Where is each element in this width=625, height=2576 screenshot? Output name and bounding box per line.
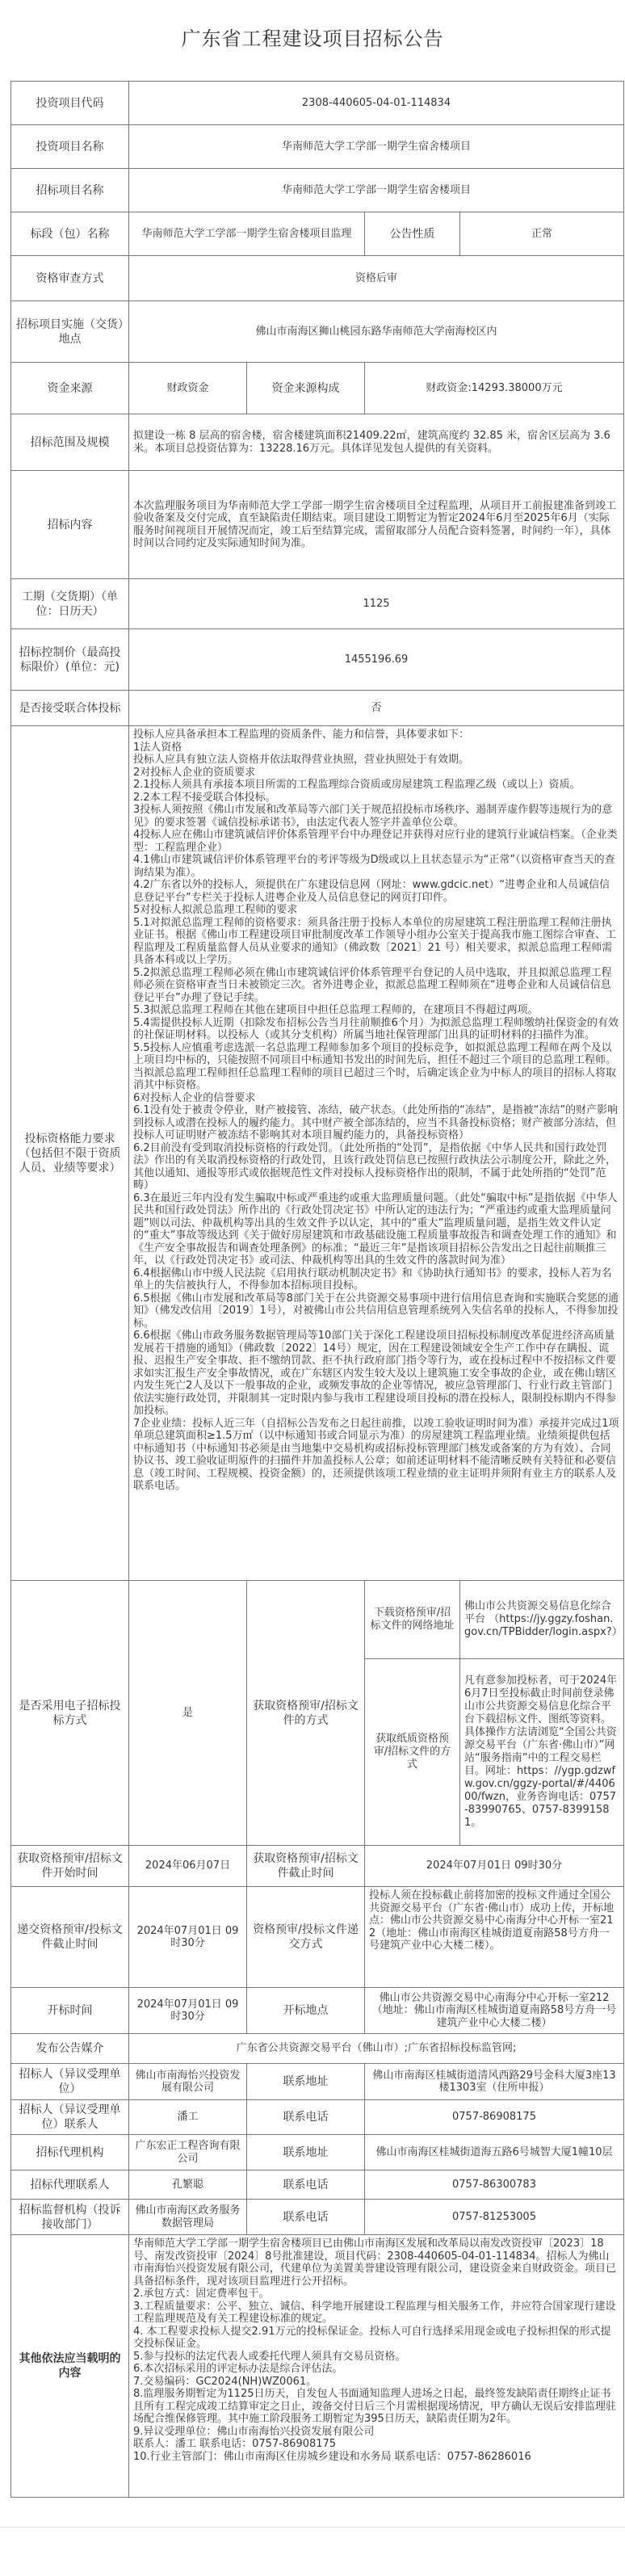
value-paper-method: 凡有意参加投标者，可于2024年6月7日至投标截止时间前登录佛山市公共资源交易信…	[460, 1659, 624, 1846]
value-consortium: 否	[129, 691, 624, 726]
value-duration: 1125	[129, 579, 624, 629]
row-funding: 资金来源 财政资金 资金来源构成 财政资金:14293.38000万元	[11, 363, 624, 414]
value-electronic: 是	[129, 1581, 247, 1846]
row-control-price: 招标控制价（最高投标限价）(单位：元) 1455196.69	[11, 629, 624, 691]
label-notice-nature: 公告性质	[365, 212, 460, 256]
value-agency-contact: 孔繁聪	[129, 2170, 247, 2200]
value-agency-address: 佛山市南海区桂城街道海五路6号城智大厦1幢10层	[365, 2135, 624, 2170]
value-notice-nature: 正常	[460, 212, 624, 256]
announcement-page: 广东省工程建设项目招标公告 投资项目代码 2308-440605-04-01-1…	[0, 0, 625, 2576]
label-qual-review: 资格审查方式	[11, 256, 129, 301]
row-other: 其他依法应当载明的内容 华南师范大学工学部一期学生宿舍楼项目已由佛山市南海区发展…	[11, 2235, 624, 2498]
row-content: 招标内容 本次监理服务项目为华南师范大学工学部一期学生宿舍楼项目全过程监理，从项…	[11, 471, 624, 579]
row-consortium: 是否接受联合体投标 否	[11, 691, 624, 726]
label-agency-phone: 联系电话	[247, 2170, 365, 2200]
row-tenderer-contact: 招标人（异议受理单位）联系人 潘工 联系电话 0757-86908175	[11, 2100, 624, 2135]
value-download-address[interactable]: 佛山市公共资源交易信息化综合平台 （https://jy.ggzy.foshan…	[460, 1581, 624, 1659]
value-section-name: 华南师范大学工学部一期学生宿舍楼项目监理	[129, 212, 365, 256]
value-tenderer-contact: 潘工	[129, 2100, 247, 2135]
value-supervisor: 佛山市南海区政务服务数据管理局	[129, 2200, 247, 2235]
label-consortium: 是否接受联合体投标	[11, 691, 129, 726]
label-paper-method: 获取纸质资格预审/招标文件的方式	[365, 1659, 460, 1846]
row-qualification: 投标资格能力要求（包括但不限于资质人员、业绩等要求） 投标人应具备承担本工程监理…	[11, 726, 624, 1581]
label-submit-deadline: 递交资格预审/投标文件截止时间	[11, 1887, 129, 1988]
value-control-price: 1455196.69	[129, 629, 624, 691]
label-content: 招标内容	[11, 471, 129, 579]
row-duration: 工期（交货期）（单位：日历天） 1125	[11, 579, 624, 629]
label-agency-address: 联系地址	[247, 2135, 365, 2170]
label-control-price: 招标控制价（最高投标限价）(单位：元)	[11, 629, 129, 691]
label-other: 其他依法应当载明的内容	[11, 2235, 129, 2498]
value-invest-name: 华南师范大学工学部一期学生宿舍楼项目	[129, 125, 624, 169]
value-tenderer-phone: 0757-86908175	[365, 2100, 624, 2135]
value-submit-deadline: 2024年07月01日 09时30分	[129, 1887, 247, 1988]
value-qualification: 投标人应具备承担本工程监理的资质条件、能力和信誉，具体要求如下： 1法人资格 投…	[129, 726, 624, 1581]
row-invest-name: 投资项目名称 华南师范大学工学部一期学生宿舍楼项目	[11, 125, 624, 169]
value-agency-phone: 0757-86300783	[365, 2170, 624, 2200]
label-invest-code: 投资项目代码	[11, 82, 129, 125]
value-obtain-end: 2024年07月01日 09时30分	[365, 1846, 624, 1887]
label-section-name: 标段（包）名称	[11, 212, 129, 256]
label-tenderer-phone: 联系电话	[247, 2100, 365, 2135]
label-obtain-start: 获取资格预审/招标文件开始时间	[11, 1846, 129, 1887]
value-opening-place: 佛山市公共资源交易中心南海分中心开标一室212（地址：佛山市南海区桂城街道夏南路…	[365, 1988, 624, 2034]
row-agency: 招标代理机构 广东宏正工程咨询有限公司 联系地址 佛山市南海区桂城街道海五路6号…	[11, 2135, 624, 2170]
row-qual-review: 资格审查方式 资格后审	[11, 256, 624, 301]
value-location: 佛山市南海区狮山桃园东路华南师范大学南海校区内	[129, 301, 624, 363]
label-invest-name: 投资项目名称	[11, 125, 129, 169]
value-tender-name: 华南师范大学工学部一期学生宿舍楼项目	[129, 169, 624, 212]
label-tenderer: 招标人（异议受理单位）	[11, 2064, 129, 2100]
row-scope: 招标范围及规模 拟建设一栋 8 层高的宿舍楼，宿舍楼建筑面积21409.22㎡，…	[11, 414, 624, 471]
value-content: 本次监理服务项目为华南师范大学工学部一期学生宿舍楼项目全过程监理，从项目开工前报…	[129, 471, 624, 579]
value-tenderer-address: 佛山市南海区桂城街道清风西路29号金科大厦3座13楼1303室（住所申报）	[365, 2064, 624, 2100]
row-location: 招标项目实施（交货）地点 佛山市南海区狮山桃园东路华南师范大学南海校区内	[11, 301, 624, 363]
footer-divider	[0, 2527, 625, 2576]
value-funding: 财政资金	[129, 363, 247, 414]
row-tenderer: 招标人（异议受理单位） 佛山市南海怡兴投资发展有限公司 联系地址 佛山市南海区桂…	[11, 2064, 624, 2100]
label-media: 发布公告媒介	[11, 2034, 129, 2064]
value-other: 华南师范大学工学部一期学生宿舍楼项目已由佛山市南海区发展和改革局以南发改资投审〔…	[129, 2235, 624, 2498]
value-funding-composition: 财政资金:14293.38000万元	[365, 363, 624, 414]
label-funding: 资金来源	[11, 363, 129, 414]
value-supervisor-phone: 0757-81253005	[365, 2200, 624, 2235]
label-duration: 工期（交货期）（单位：日历天）	[11, 579, 129, 629]
label-supervisor-phone: 联系电话	[247, 2200, 365, 2235]
row-tender-name: 招标项目名称 华南师范大学工学部一期学生宿舍楼项目	[11, 169, 624, 212]
value-scope: 拟建设一栋 8 层高的宿舍楼，宿舍楼建筑面积21409.22㎡，建筑高度约 32…	[129, 414, 624, 471]
label-agency: 招标代理机构	[11, 2135, 129, 2170]
value-media: 广东省公共资源交易平台（佛山市）;广东省招标投标监管网;	[129, 2034, 624, 2064]
label-scope: 招标范围及规模	[11, 414, 129, 471]
value-obtain-start: 2024年06月07日	[129, 1846, 247, 1887]
value-invest-code: 2308-440605-04-01-114834	[129, 82, 624, 125]
label-location: 招标项目实施（交货）地点	[11, 301, 129, 363]
row-obtain-time: 获取资格预审/招标文件开始时间 2024年06月07日 获取资格预审/招标文件截…	[11, 1846, 624, 1887]
value-agency: 广东宏正工程咨询有限公司	[129, 2135, 247, 2170]
row-invest-code: 投资项目代码 2308-440605-04-01-114834	[11, 82, 624, 125]
label-agency-contact: 招标代理联系人	[11, 2170, 129, 2200]
row-supervisor: 招标监督机构（投诉接收部门） 佛山市南海区政务服务数据管理局 联系电话 0757…	[11, 2200, 624, 2235]
value-qual-review: 资格后审	[129, 256, 624, 301]
announcement-table: 投资项目代码 2308-440605-04-01-114834 投资项目名称 华…	[10, 81, 624, 2498]
label-opening-time: 开标时间	[11, 1988, 129, 2034]
value-opening-time: 2024年07月01日 09时30分	[129, 1988, 247, 2034]
row-agency-contact: 招标代理联系人 孔繁聪 联系电话 0757-86300783	[11, 2170, 624, 2200]
label-obtain-method: 获取资格预审/招标文件的方式	[247, 1581, 365, 1846]
row-submit: 递交资格预审/投标文件截止时间 2024年07月01日 09时30分 资格预审/…	[11, 1887, 624, 1988]
label-obtain-end: 获取资格预审/招标文件截止时间	[247, 1846, 365, 1887]
value-submit-method: 投标人须在投标截止前将加密的投标文件通过全国公共资源交易平台（广东省·佛山市）成…	[365, 1887, 624, 1988]
label-qualification: 投标资格能力要求（包括但不限于资质人员、业绩等要求）	[11, 726, 129, 1581]
label-opening-place: 开标地点	[247, 1988, 365, 2034]
label-download-address: 下载资格预审/招标文件的网络地址	[365, 1581, 460, 1659]
label-tender-name: 招标项目名称	[11, 169, 129, 212]
label-supervisor: 招标监督机构（投诉接收部门）	[11, 2200, 129, 2235]
label-funding-composition: 资金来源构成	[247, 363, 365, 414]
row-media: 发布公告媒介 广东省公共资源交易平台（佛山市）;广东省招标投标监管网;	[11, 2034, 624, 2064]
row-section-name: 标段（包）名称 华南师范大学工学部一期学生宿舍楼项目监理 公告性质 正常	[11, 212, 624, 256]
label-electronic: 是否采用电子招标投标方式	[11, 1581, 129, 1846]
row-opening: 开标时间 2024年07月01日 09时30分 开标地点 佛山市公共资源交易中心…	[11, 1988, 624, 2034]
page-title: 广东省工程建设项目招标公告	[0, 0, 625, 53]
value-tenderer: 佛山市南海怡兴投资发展有限公司	[129, 2064, 247, 2100]
label-tenderer-address: 联系地址	[247, 2064, 365, 2100]
label-submit-method: 资格预审/投标文件递交方式	[247, 1887, 365, 1988]
label-tenderer-contact: 招标人（异议受理单位）联系人	[11, 2100, 129, 2135]
row-electronic-download: 是否采用电子招标投标方式 是 获取资格预审/招标文件的方式 下载资格预审/招标文…	[11, 1581, 624, 1659]
